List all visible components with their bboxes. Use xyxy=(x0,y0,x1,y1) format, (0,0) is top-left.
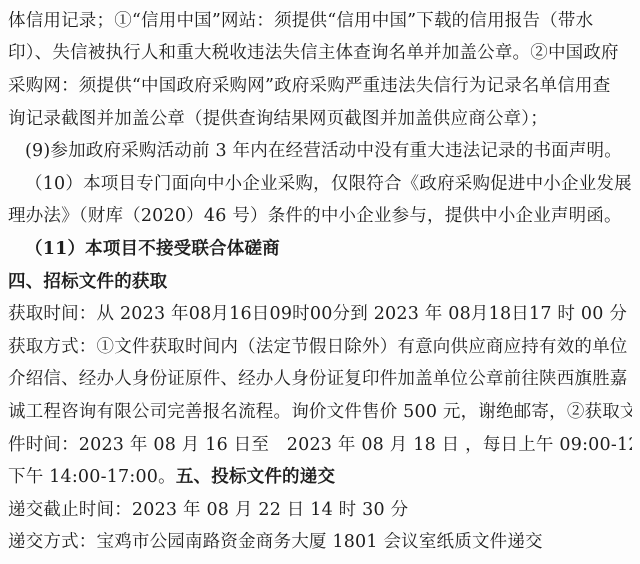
doc-line-text: （11）本项目不接受联合体磋商 xyxy=(25,235,280,260)
doc-line: 获取方式：①文件获取时间内（法定节假日除外）有意向供应商应持有效的单位 xyxy=(8,329,632,362)
doc-line-text: 印）、失信被执行人和重大税收违法失信主体查询名单并加盖公章。②中国政府 xyxy=(8,39,619,64)
doc-line-text: 诚工程咨询有限公司完善报名流程。询价文件售价 500 元，谢绝邮寄，②获取文 xyxy=(8,398,632,423)
doc-line: 递交方式：宝鸡市公园南路资金商务大厦 1801 会议室纸质文件递交 xyxy=(8,525,632,558)
doc-line-text: （10）本项目专门面向中小企业采购，仅限符合《政府采购促进中小企业发展管 xyxy=(25,170,632,195)
doc-line-text: 件时间：2023 年 08 月 16 日至 2023 年 08 月 18 日 ，… xyxy=(8,431,632,456)
doc-line-text: 介绍信、经办人身份证原件、经办人身份证复印件加盖单位公章前往陕西旗胜嘉 xyxy=(8,365,628,390)
doc-line-text: 递交方式：宝鸡市公园南路资金商务大厦 1801 会议室纸质文件递交 xyxy=(8,528,543,553)
doc-line: 介绍信、经办人身份证原件、经办人身份证复印件加盖单位公章前往陕西旗胜嘉 xyxy=(8,362,632,395)
doc-line-text: 递交截止时间：2023 年 08 月 22 日 14 时 30 分 xyxy=(8,496,408,521)
doc-line-text: 下午 14:00-17:00。 xyxy=(8,463,176,488)
doc-line-text: 询记录截图并加盖公章（提供查询结果网页截图并加盖供应商公章）； xyxy=(8,105,548,130)
doc-line: 获取时间：从 2023 年08月16日09时00分到 2023 年 08月18日… xyxy=(8,296,632,329)
doc-line: 理办法》（财库（2020）46 号）条件的中小企业参与，提供中小企业声明函。 xyxy=(8,199,632,232)
doc-line: 体信用记录；①“信用中国”网站：须提供“信用中国”下载的信用报告（带水 xyxy=(8,3,632,36)
doc-line-text: 体信用记录；①“信用中国”网站：须提供“信用中国”下载的信用报告（带水 xyxy=(8,7,593,32)
doc-line: 印）、失信被执行人和重大税收违法失信主体查询名单并加盖公章。②中国政府 xyxy=(8,36,632,69)
document-page: 体信用记录；①“信用中国”网站：须提供“信用中国”下载的信用报告（带水印）、失信… xyxy=(0,0,640,564)
doc-line-text: 四、招标文件的获取 xyxy=(8,268,167,293)
doc-line: 采购网：须提供“中国政府采购网”政府采购严重违法失信行为记录名单信用查 xyxy=(8,68,632,101)
doc-line-text: 采购网：须提供“中国政府采购网”政府采购严重违法失信行为记录名单信用查 xyxy=(8,72,610,97)
doc-line-text: 获取方式：①文件获取时间内（法定节假日除外）有意向供应商应持有效的单位 xyxy=(8,333,628,358)
doc-line: 诚工程咨询有限公司完善报名流程。询价文件售价 500 元，谢绝邮寄，②获取文 xyxy=(8,394,632,427)
doc-line: （10）本项目专门面向中小企业采购，仅限符合《政府采购促进中小企业发展管 xyxy=(8,166,632,199)
doc-line: 件时间：2023 年 08 月 16 日至 2023 年 08 月 18 日 ，… xyxy=(8,427,632,460)
doc-line-text: (9)参加政府采购活动前 3 年内在经营活动中没有重大违法记录的书面声明。 xyxy=(25,137,622,162)
doc-line: 询记录截图并加盖公章（提供查询结果网页截图并加盖供应商公章）； xyxy=(8,101,632,134)
doc-line: 下午 14:00-17:00。五、投标文件的递交 xyxy=(8,459,632,492)
doc-line: （11）本项目不接受联合体磋商 xyxy=(8,231,632,264)
doc-line-text: 理办法》（财库（2020）46 号）条件的中小企业参与，提供中小企业声明函。 xyxy=(8,202,622,227)
doc-line-text: 获取时间：从 2023 年08月16日09时00分到 2023 年 08月18日… xyxy=(8,300,627,325)
doc-line: 递交截止时间：2023 年 08 月 22 日 14 时 30 分 xyxy=(8,492,632,525)
doc-line: 四、招标文件的获取 xyxy=(8,264,632,297)
inline-section-heading: 五、投标文件的递交 xyxy=(176,463,335,488)
doc-line: (9)参加政府采购活动前 3 年内在经营活动中没有重大违法记录的书面声明。 xyxy=(8,133,632,166)
